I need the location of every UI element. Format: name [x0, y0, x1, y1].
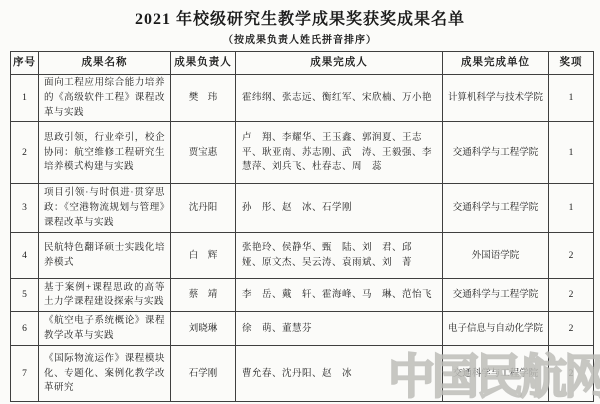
cell-serial: 7: [11, 346, 39, 402]
table-row: 1 面向工程应用综合能力培养的《高级软件工程》课程改革与实践 樊 玮 霍纬纲、张…: [11, 75, 594, 122]
cell-serial: 6: [11, 312, 39, 346]
cell-members: 徐 萌、董慧芬: [236, 312, 443, 346]
cell-serial: 3: [11, 184, 39, 233]
cell-leader: 刘晓琳: [171, 312, 236, 346]
cell-leader: 樊 玮: [171, 75, 236, 122]
header-award: 奖项: [549, 52, 594, 75]
cell-serial: 1: [11, 75, 39, 122]
table-header-row: 序号 成果名称 成果负责人 成果完成人 成果完成单位 奖项: [11, 52, 594, 75]
award-results-table: 序号 成果名称 成果负责人 成果完成人 成果完成单位 奖项 1 面向工程应用综合…: [10, 51, 594, 402]
cell-award: 2: [549, 312, 594, 346]
cell-award: 2: [549, 346, 594, 402]
cell-award: 2: [549, 279, 594, 312]
header-members: 成果完成人: [236, 52, 443, 75]
cell-members: 曹允春、沈丹阳、赵 冰: [236, 346, 443, 402]
cell-members: 李 岳、戴 轩、霍海峰、马 琳、范怡飞: [236, 279, 443, 312]
page-subtitle: （按成果负责人姓氏拼音排序）: [0, 31, 600, 46]
table-row: 7 《国际物流运作》课程模块化、专题化、案例化教学改革研究 石学刚 曹允春、沈丹…: [11, 346, 594, 402]
cell-unit: 交通科学与工程学院: [443, 122, 549, 184]
cell-unit: 交通科学与工程学院: [443, 184, 549, 233]
cell-award: 1: [549, 184, 594, 233]
cell-unit: 电子信息与自动化学院: [443, 312, 549, 346]
table-row: 4 民航特色翻译硕士实践化培养模式 白 辉 张艳玲、侯静华、甄 陆、刘 君、邱 …: [11, 233, 594, 279]
cell-achievement-name: 《航空电子系统概论》课程教学改革与实践: [39, 312, 171, 346]
cell-achievement-name: 面向工程应用综合能力培养的《高级软件工程》课程改革与实践: [39, 75, 171, 122]
cell-serial: 4: [11, 233, 39, 279]
cell-unit: 交通科学与工程学院: [443, 279, 549, 312]
table-row: 3 项目引领·与时俱进·贯穿思政：《空港物流规划与管理》课程改革与实践 沈丹阳 …: [11, 184, 594, 233]
cell-unit: 外国语学院: [443, 233, 549, 279]
cell-leader: 蔡 靖: [171, 279, 236, 312]
cell-unit: 计算机科学与技术学院: [443, 75, 549, 122]
cell-leader: 沈丹阳: [171, 184, 236, 233]
cell-award: 1: [549, 122, 594, 184]
cell-achievement-name: 思政引领，行业牵引，校企协同：航空维修工程研究生培养模式构建与实践: [39, 122, 171, 184]
cell-members: 卢 翔、李耀华、王玉鑫、郭润夏、王志平、耿亚南、苏志刚、武 涛、王毅强、李慧萍、…: [236, 122, 443, 184]
cell-serial: 2: [11, 122, 39, 184]
cell-achievement-name: 《国际物流运作》课程模块化、专题化、案例化教学改革研究: [39, 346, 171, 402]
cell-achievement-name: 民航特色翻译硕士实践化培养模式: [39, 233, 171, 279]
cell-award: 2: [549, 233, 594, 279]
header-unit: 成果完成单位: [443, 52, 549, 75]
cell-leader: 贾宝惠: [171, 122, 236, 184]
cell-members: 孙 彤、赵 冰、石学刚: [236, 184, 443, 233]
header-achievement-name: 成果名称: [39, 52, 171, 75]
cell-leader: 白 辉: [171, 233, 236, 279]
cell-serial: 5: [11, 279, 39, 312]
header-leader: 成果负责人: [171, 52, 236, 75]
header-serial: 序号: [11, 52, 39, 75]
cell-members: 张艳玲、侯静华、甄 陆、刘 君、邱 娅、原文杰、吴云涛、袁雨斌、刘 菁: [236, 233, 443, 279]
cell-award: 1: [549, 75, 594, 122]
table-row: 6 《航空电子系统概论》课程教学改革与实践 刘晓琳 徐 萌、董慧芬 电子信息与自…: [11, 312, 594, 346]
table-row: 2 思政引领，行业牵引，校企协同：航空维修工程研究生培养模式构建与实践 贾宝惠 …: [11, 122, 594, 184]
page-title: 2021 年校级研究生教学成果奖获奖成果名单: [0, 6, 600, 29]
cell-achievement-name: 项目引领·与时俱进·贯穿思政：《空港物流规划与管理》课程改革与实践: [39, 184, 171, 233]
cell-unit: 交通科学与工程学院: [443, 346, 549, 402]
cell-members: 霍纬纲、张志远、衡红军、宋欣楠、万小艳: [236, 75, 443, 122]
cell-achievement-name: 基于案例+课程思政的高等土力学课程建设探索与实践: [39, 279, 171, 312]
cell-leader: 石学刚: [171, 346, 236, 402]
table-row: 5 基于案例+课程思政的高等土力学课程建设探索与实践 蔡 靖 李 岳、戴 轩、霍…: [11, 279, 594, 312]
